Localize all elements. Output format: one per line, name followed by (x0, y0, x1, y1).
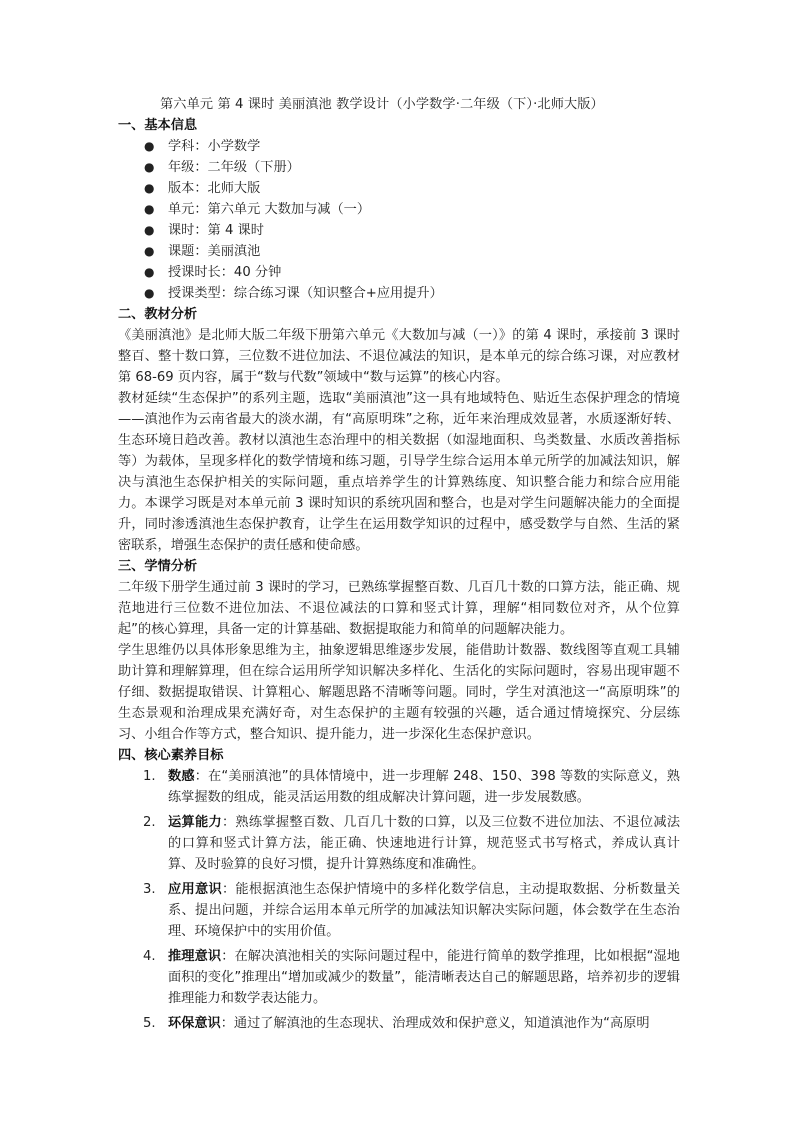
list-item: ●授课类型：综合练习课（知识整合+应用提升） (118, 283, 680, 304)
bullet-icon: ● (144, 178, 154, 199)
section-heading-core-goals: 四、核心素养目标 (118, 745, 680, 766)
list-item: ●版本：北师大版 (118, 178, 680, 199)
document-page: 第六单元 第 4 课时 美丽滇池 教学设计（小学数学·二年级（下）·北师大版） … (118, 94, 680, 1038)
list-item: ●学科：小学数学 (118, 136, 680, 157)
goal-item: 2.运算能力：熟练掌握整百数、几百几十数的口算，以及三位数不进位加法、不退位减法… (118, 812, 680, 875)
goal-term: 环保意识 (168, 1016, 221, 1031)
goal-term: 推理意识 (168, 949, 221, 964)
bullet-icon: ● (144, 262, 154, 283)
list-item: ●授课时长：40 分钟 (118, 262, 680, 283)
paragraph: 《美丽滇池》是北师大版二年级下册第六单元《大数加与减（一）》的第 4 课时，承接… (118, 325, 680, 388)
paragraph: 教材延续“生态保护”的系列主题，选取“美丽滇池”这一具有地域特色、贴近生态保护理… (118, 388, 680, 556)
list-item: ●课题：美丽滇池 (118, 241, 680, 262)
bullet-icon: ● (144, 157, 154, 178)
goal-item: 4.推理意识：在解决滇池相关的实际问题过程中，能进行简单的数学推理，比如根据“湿… (118, 946, 680, 1009)
goal-term: 数感 (168, 769, 195, 784)
list-item: ●课时：第 4 课时 (118, 220, 680, 241)
goal-item: 5.环保意识：通过了解滇池的生态现状、治理成效和保护意义，知道滇池作为“高原明 (118, 1013, 680, 1034)
paragraph: 学生思维仍以具体形象思维为主，抽象逻辑思维逐步发展，能借助计数器、数线图等直观工… (118, 640, 680, 745)
bullet-icon: ● (144, 220, 154, 241)
paragraph: 二年级下册学生通过前 3 课时的学习，已熟练掌握整百数、几百几十数的口算方法，能… (118, 577, 680, 640)
document-title: 第六单元 第 4 课时 美丽滇池 教学设计（小学数学·二年级（下）·北师大版） (118, 94, 680, 115)
bullet-icon: ● (144, 136, 154, 157)
goal-term: 应用意识 (168, 882, 222, 897)
bullet-icon: ● (144, 241, 154, 262)
goal-term: 运算能力 (168, 815, 222, 830)
core-goals-list: 1.数感：在“美丽滇池”的具体情境中，进一步理解 248、150、398 等数的… (118, 766, 680, 1034)
section-heading-student-analysis: 三、学情分析 (118, 556, 680, 577)
section-heading-textbook-analysis: 二、教材分析 (118, 304, 680, 325)
list-item: ●单元：第六单元 大数加与减（一） (118, 199, 680, 220)
basic-info-list: ●学科：小学数学 ●年级：二年级（下册） ●版本：北师大版 ●单元：第六单元 大… (118, 136, 680, 304)
list-item: ●年级：二年级（下册） (118, 157, 680, 178)
goal-item: 1.数感：在“美丽滇池”的具体情境中，进一步理解 248、150、398 等数的… (118, 766, 680, 808)
section-heading-basic-info: 一、基本信息 (118, 115, 680, 136)
bullet-icon: ● (144, 283, 154, 304)
bullet-icon: ● (144, 199, 154, 220)
goal-item: 3.应用意识：能根据滇池生态保护情境中的多样化数学信息，主动提取数据、分析数量关… (118, 879, 680, 942)
